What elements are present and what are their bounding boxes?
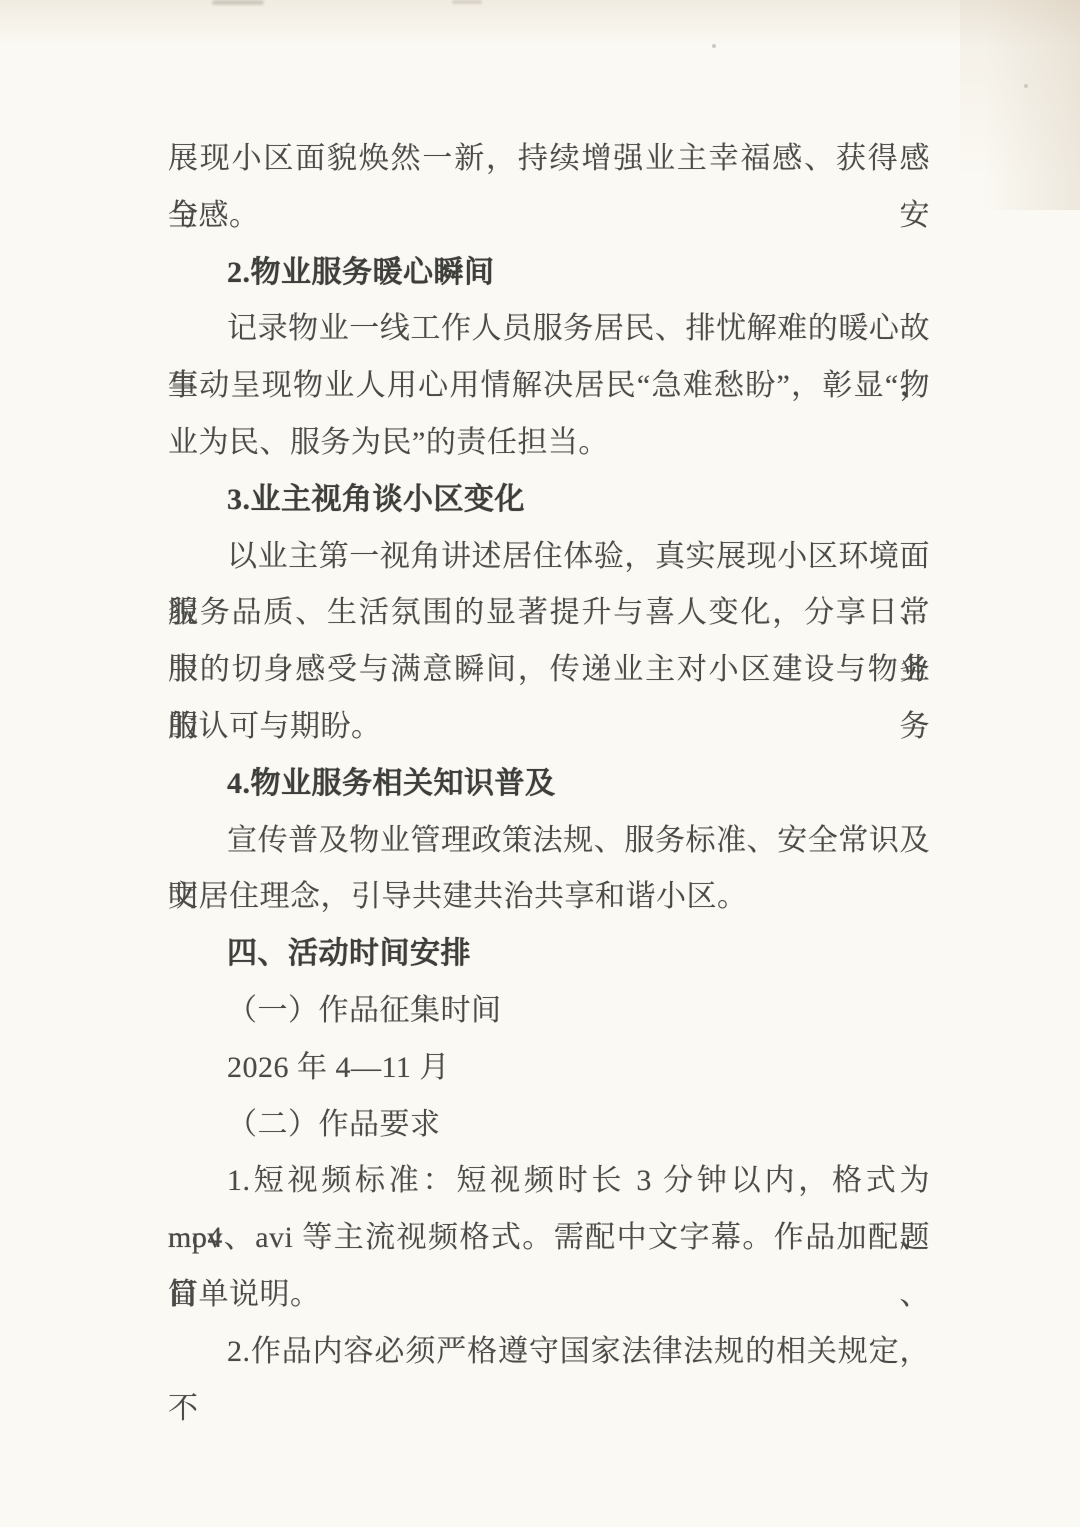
section-heading-2: 2.物业服务暖心瞬间 xyxy=(168,245,930,302)
scan-artifact-smudge xyxy=(212,0,264,5)
scanned-document-page: 展现小区面貌焕然一新，持续增强业主幸福感、获得感与安 全感。 2.物业服务暖心瞬… xyxy=(0,0,1080,1527)
scan-shading-corner xyxy=(960,0,1080,210)
subsection-heading-2: （二）作品要求 xyxy=(168,1097,930,1154)
text-line: 1.短视频标准：短视频时长 3 分钟以内，格式为 mp4、 xyxy=(168,1153,930,1210)
section-heading-3: 3.业主视角谈小区变化 xyxy=(168,472,930,529)
scan-shading-top xyxy=(0,0,1080,46)
text-line: 业为民、服务为民”的责任担当。 xyxy=(168,415,930,472)
scan-artifact-smudge xyxy=(452,0,482,4)
text-line: 2.作品内容必须严格遵守国家法律法规的相关规定，不 xyxy=(168,1324,930,1381)
text-line: 生动呈现物业人用心用情解决居民“急难愁盼”，彰显“物 xyxy=(168,358,930,415)
text-line: 宣传普及物业管理政策法规、服务标准、安全常识及文 xyxy=(168,813,930,870)
text-line: 服务品质、生活氛围的显著提升与喜人变化，分享日常服务 xyxy=(168,585,930,642)
subsection-heading-1: （一）作品征集时间 xyxy=(168,983,930,1040)
text-line: 明居住理念，引导共建共治共享和谐小区。 xyxy=(168,869,930,926)
document-body: 展现小区面貌焕然一新，持续增强业主幸福感、获得感与安 全感。 2.物业服务暖心瞬… xyxy=(168,131,930,1381)
text-line: 展现小区面貌焕然一新，持续增强业主幸福感、获得感与安 xyxy=(168,131,930,188)
date-range-line: 2026 年 4—11 月 xyxy=(168,1040,930,1097)
text-line: 记录物业一线工作人员服务居民、排忧解难的暖心故事， xyxy=(168,301,930,358)
scan-artifact-speck xyxy=(712,44,716,48)
scan-artifact-speck xyxy=(1024,84,1028,88)
text-line: 中的切身感受与满意瞬间，传递业主对小区建设与物业服务 xyxy=(168,642,930,699)
text-line: mov、avi 等主流视频格式。需配中文字幕。作品加配题目、 xyxy=(168,1210,930,1267)
chapter-heading-four: 四、活动时间安排 xyxy=(168,926,930,983)
text-line: 以业主第一视角讲述居住体验，真实展现小区环境面貌、 xyxy=(168,529,930,586)
section-heading-4: 4.物业服务相关知识普及 xyxy=(168,756,930,813)
